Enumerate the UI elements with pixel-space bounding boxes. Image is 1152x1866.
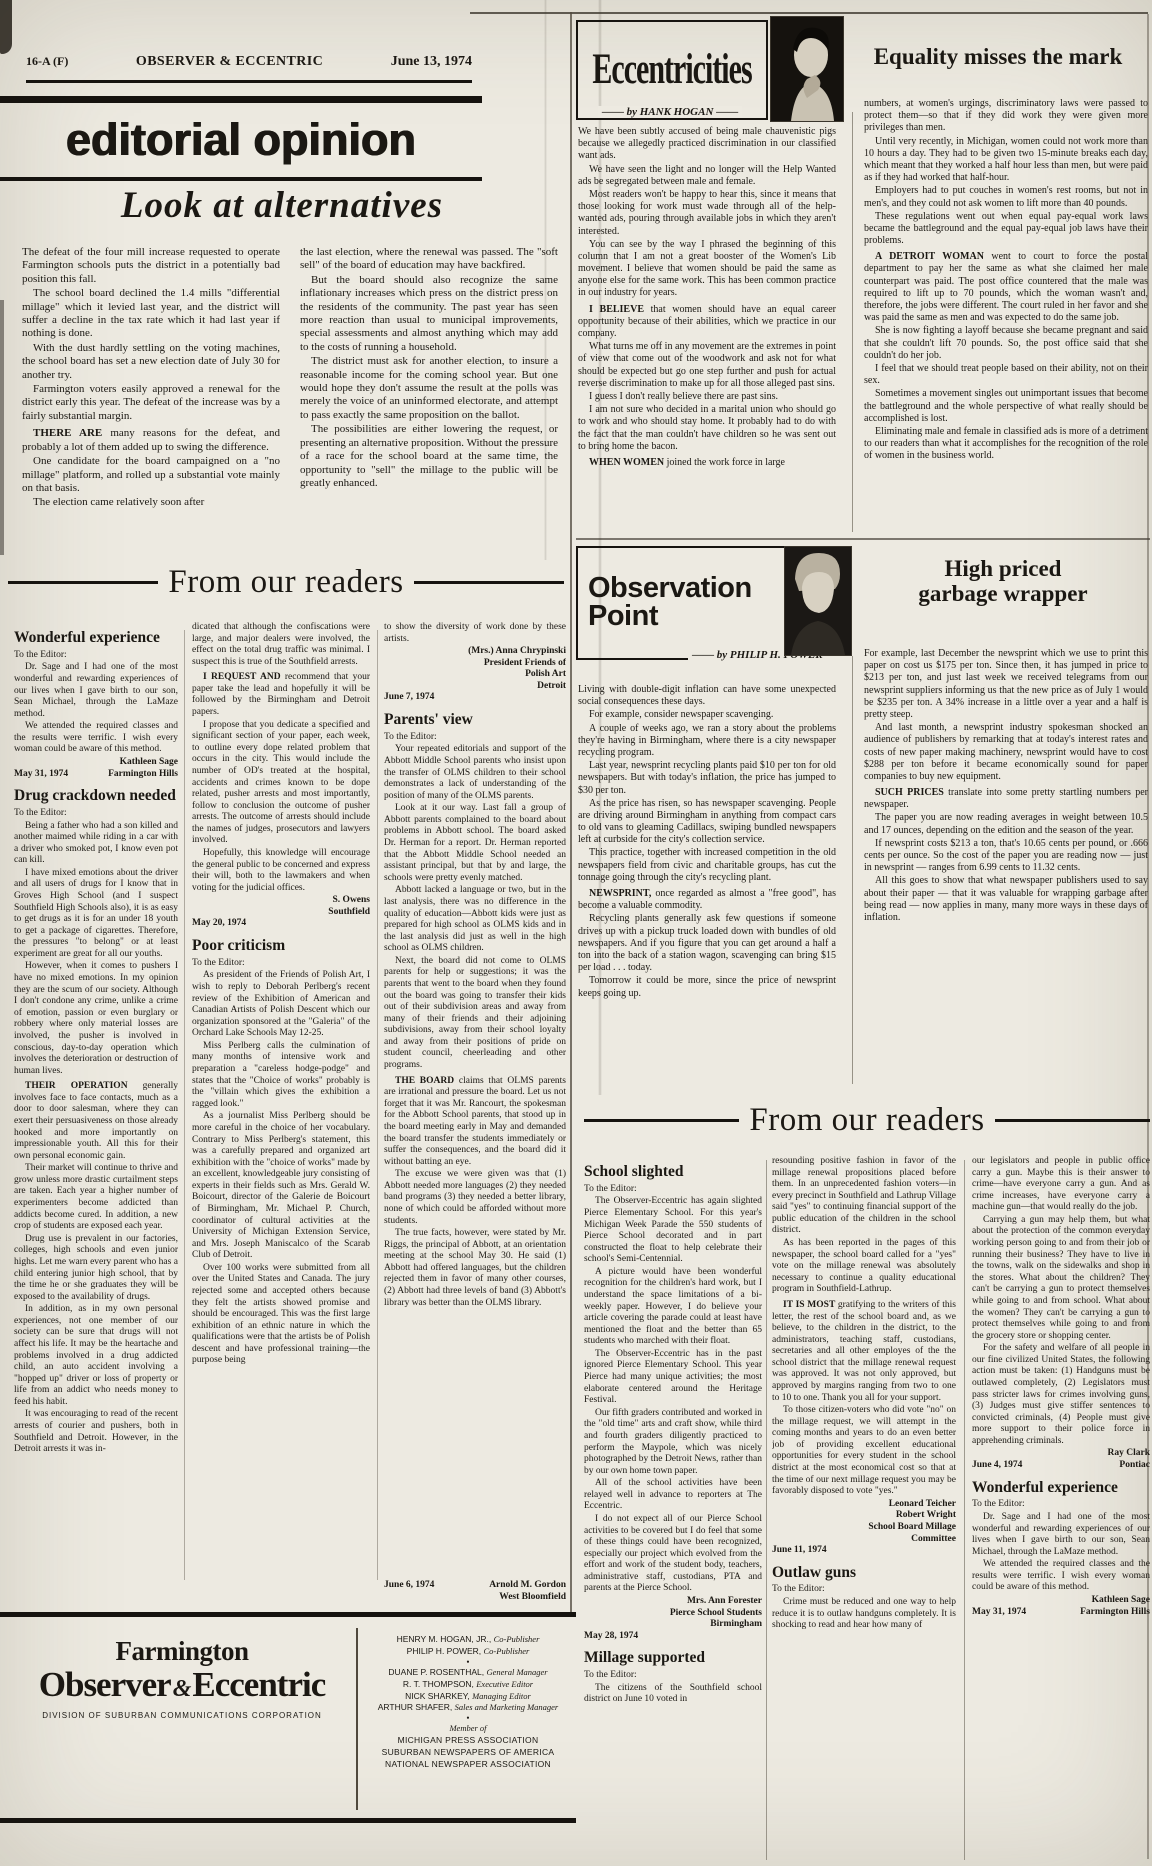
- signature-line: Southfield: [192, 907, 370, 919]
- paragraph-lead: IT IS MOST: [783, 1300, 838, 1310]
- paragraph: As a journalist Miss Perlberg should be …: [192, 1111, 370, 1262]
- scan-edge-artifact: [0, 300, 4, 555]
- paragraph: The school board declined the 1.4 mills …: [22, 287, 280, 341]
- column-rule: [852, 656, 853, 1084]
- paragraph: Drug use is prevalent in our factories, …: [14, 1234, 178, 1303]
- paragraph: To the Editor:: [584, 1670, 762, 1682]
- signature-date: June 4, 1974: [972, 1460, 1022, 1472]
- signature-date: May 31, 1974: [972, 1607, 1026, 1619]
- masthead-bottom-rule: [0, 1818, 576, 1823]
- readers-top-column-2: dicated that although the confiscations …: [192, 622, 370, 1614]
- paragraph: Miss Perlberg calls the culmination of m…: [192, 1041, 370, 1110]
- signature-date: May 28, 1974: [584, 1631, 638, 1643]
- masthead-logo-line1: Farmington: [14, 1636, 350, 1667]
- bullet-separator: •: [366, 1714, 570, 1723]
- signature-date: May 31, 1974: [14, 769, 68, 781]
- signature-date: June 7, 1974: [384, 692, 434, 704]
- staff-line: PHILIP H. POWER, Co-Publisher: [366, 1646, 570, 1658]
- paragraph: What turns me off in any movement are th…: [578, 341, 836, 390]
- letter-heading: Parents' view: [384, 712, 566, 728]
- readers-title-text: From our readers: [168, 564, 403, 601]
- paragraph: A picture would have been wonderful reco…: [584, 1267, 762, 1348]
- masthead-logo-observer: Observer: [39, 1665, 171, 1704]
- signature-line: S. Owens: [192, 895, 370, 907]
- eccentricities-column-1: We have been subtly accused of being mal…: [578, 126, 836, 534]
- readers-section-title: From our readers: [8, 564, 564, 601]
- paragraph: We attended the required classes and the…: [972, 1559, 1150, 1594]
- paragraph: I am not sure who decided in a marital u…: [578, 404, 836, 453]
- eccentricities-logo: Eccentricities: [592, 45, 751, 94]
- paragraph: Recycling plants generally ask few quest…: [578, 913, 836, 974]
- masthead-division-line: DIVISION OF SUBURBAN COMMUNICATIONS CORP…: [14, 1711, 350, 1720]
- signature-line: Pierce School Students: [584, 1608, 762, 1620]
- observation-column-2: For example, last December the newsprint…: [864, 648, 1148, 1090]
- paragraph: Over 100 works were submitted from all o…: [192, 1263, 370, 1367]
- paragraph-lead: SUCH PRICES: [875, 787, 948, 798]
- title-rule: [8, 581, 158, 584]
- readers-bottom-column-1: School slightedTo the Editor:The Observe…: [584, 1156, 762, 1864]
- paragraph: resounding positive fashion in favor of …: [772, 1156, 956, 1237]
- signature-line: Polish Art: [384, 669, 566, 681]
- paragraph: Until very recently, in Michigan, women …: [864, 136, 1148, 185]
- paragraph: Abbott lacked a language or two, but in …: [384, 885, 566, 954]
- paragraph: And last month, a newsprint industry spo…: [864, 722, 1148, 783]
- paragraph: I REQUEST AND recommend that your paper …: [192, 672, 370, 718]
- observation-logo-line2: Point: [588, 603, 752, 631]
- staff-line: HENRY M. HOGAN, JR., Co-Publisher: [366, 1634, 570, 1646]
- eccentricities-headline: Equality misses the mark: [846, 44, 1150, 69]
- paragraph: SUCH PRICES translate into some pretty s…: [864, 787, 1148, 811]
- paragraph: THERE ARE many reasons for the defeat, a…: [22, 427, 280, 454]
- paragraph: However, when it comes to pushers I have…: [14, 961, 178, 1077]
- paragraph-lead: A DETROIT WOMAN: [875, 251, 991, 262]
- eccentricities-column-2: numbers, at women's urgings, discriminat…: [864, 98, 1148, 534]
- readers-bottom-column-2: resounding positive fashion in favor of …: [772, 1156, 956, 1864]
- signature-row: June 6, 1974Arnold M. Gordon: [384, 1580, 566, 1592]
- paragraph: Your repeated editorials and support of …: [384, 744, 566, 802]
- paragraph: Most readers won't be happy to hear this…: [578, 189, 836, 238]
- paragraph-lead: I REQUEST AND: [203, 672, 285, 682]
- signature-row: June 11, 1974: [772, 1545, 956, 1557]
- paragraph: Employers had to put couches in women's …: [864, 185, 1148, 209]
- paragraph-lead: THE BOARD: [395, 1076, 459, 1086]
- paragraph-lead: THEIR OPERATION: [25, 1081, 143, 1091]
- letter-heading: Wonderful experience: [972, 1480, 1150, 1496]
- observation-headline-line2: garbage wrapper: [856, 581, 1150, 606]
- letter-heading: School slighted: [584, 1164, 762, 1180]
- paragraph: Our fifth graders contributed and worked…: [584, 1408, 762, 1477]
- signature-line: School Board Millage: [772, 1522, 956, 1534]
- signature-line: Leonard Teicher: [772, 1499, 956, 1511]
- masthead-top-rule: [0, 1612, 576, 1617]
- paragraph: I feel that we should treat people based…: [864, 363, 1148, 387]
- paragraph: You can see by the way I phrased the beg…: [578, 239, 836, 300]
- paragraph: The true facts, however, were stated by …: [384, 1228, 566, 1309]
- paragraph: For example, last December the newsprint…: [864, 648, 1148, 721]
- observation-logo-line1: Observation: [588, 575, 752, 603]
- paragraph: As the price has risen, so has newspaper…: [578, 798, 836, 847]
- scan-corner-artifact: [0, 0, 12, 54]
- paragraph: The citizens of the Southfield school di…: [584, 1683, 762, 1706]
- signature-line: Committee: [772, 1534, 956, 1546]
- paragraph: We attended the required classes and the…: [14, 721, 178, 756]
- paragraph: All of the school activities have been r…: [584, 1478, 762, 1513]
- paragraph: Carrying a gun may help them, but what a…: [972, 1215, 1150, 1342]
- paragraph: our legislators and people in public off…: [972, 1156, 1150, 1214]
- letter-heading: Poor criticism: [192, 938, 370, 954]
- paragraph: This practice, together with increased c…: [578, 847, 836, 884]
- readers-top-column-1: Wonderful experienceTo the Editor:Dr. Sa…: [14, 622, 178, 1592]
- paragraph: The defeat of the four mill increase req…: [22, 246, 280, 286]
- staff-role: Sales and Marketing Manager: [455, 1702, 559, 1712]
- paragraph: For the safety and welfare of all people…: [972, 1343, 1150, 1447]
- signature-row: May 31, 1974Farmington Hills: [14, 769, 178, 781]
- paragraph: But the board should also recognize the …: [300, 274, 558, 354]
- hank-hogan-photo: [770, 16, 844, 122]
- column-rule: [766, 1160, 767, 1860]
- paragraph: WHEN WOMEN joined the work force in larg…: [578, 457, 836, 469]
- observation-point-logo-box: Observation Point: [576, 546, 792, 660]
- paragraph: Sometimes a movement singles out unimpor…: [864, 388, 1148, 425]
- association-line: NATIONAL NEWSPAPER ASSOCIATION: [366, 1759, 570, 1771]
- staff-role: Managing Editor: [472, 1691, 531, 1701]
- paragraph: NEWSPRINT, once regarded as almost a "fr…: [578, 888, 836, 912]
- signature-name: Farmington Hills: [108, 769, 178, 781]
- paragraph: To the Editor:: [584, 1184, 762, 1196]
- signature-row: June 4, 1974Pontiac: [972, 1460, 1150, 1472]
- paragraph: The Observer-Eccentric has again slighte…: [584, 1196, 762, 1265]
- paragraph: IT IS MOST gratifying to the writers of …: [772, 1300, 956, 1404]
- masthead-logo: Farmington Observer&Eccentric DIVISION O…: [14, 1636, 350, 1720]
- paragraph-lead: I BELIEVE: [589, 304, 651, 315]
- readers-bottom-column-3: our legislators and people in public off…: [972, 1156, 1150, 1864]
- observation-headline: High priced garbage wrapper: [856, 556, 1150, 607]
- staff-role: General Manager: [486, 1667, 547, 1677]
- eccentricities-byline: by HANK HOGAN: [598, 106, 742, 118]
- paragraph: We have seen the light and no longer wil…: [578, 164, 836, 188]
- paragraph: Look at it our way. Last fall a group of…: [384, 803, 566, 884]
- editorial-column-2: the last election, where the renewal was…: [300, 246, 558, 564]
- banner-title: editorial opinion: [66, 114, 416, 166]
- observation-headline-line1: High priced: [856, 556, 1150, 581]
- title-rule: [995, 1119, 1150, 1122]
- masthead-logo-line2: Observer&Eccentric: [14, 1667, 350, 1702]
- column-rule: [184, 630, 185, 1580]
- paragraph: To the Editor:: [14, 808, 178, 820]
- paragraph: I have mixed emotions about the driver a…: [14, 868, 178, 961]
- staff-line: R. T. THOMPSON, Executive Editor: [366, 1679, 570, 1691]
- paragraph: To the Editor:: [384, 732, 566, 744]
- signature-line: (Mrs.) Anna Chrypinski: [384, 646, 566, 658]
- page-header: 16-A (F) OBSERVER & ECCENTRIC June 13, 1…: [26, 54, 472, 83]
- paragraph: Next, the board did not come to OLMS par…: [384, 956, 566, 1072]
- staff-role: Co-Publisher: [484, 1646, 530, 1656]
- staff-role: Co-Publisher: [494, 1634, 540, 1644]
- philip-power-photo: [784, 546, 852, 656]
- paragraph: The possibilities are either lowering th…: [300, 423, 558, 490]
- paragraph: Their market will continue to thrive and…: [14, 1163, 178, 1232]
- paragraph: Dr. Sage and I had one of the most wonde…: [972, 1512, 1150, 1558]
- masthead-divider-rule: [356, 1628, 358, 1810]
- signature-row: June 7, 1974: [384, 692, 566, 704]
- signature-line: Kathleen Sage: [972, 1595, 1150, 1607]
- paragraph: If newsprint costs $213 a ton, that's 10…: [864, 838, 1148, 875]
- paragraph: THEIR OPERATION generally involves face …: [14, 1081, 178, 1162]
- signature-line: Ray Clark: [972, 1448, 1150, 1460]
- paragraph: I propose that you dedicate a specified …: [192, 720, 370, 847]
- signature-line: Robert Wright: [772, 1510, 956, 1522]
- signature-row: May 20, 1974: [192, 918, 370, 930]
- paragraph: Living with double-digit inflation can h…: [578, 684, 836, 708]
- letter-heading: Outlaw guns: [772, 1565, 956, 1581]
- paragraph: THE BOARD claims that OLMS parents are i…: [384, 1076, 566, 1169]
- signature-date: June 6, 1974: [384, 1580, 434, 1592]
- signature-line: Birmingham: [584, 1619, 762, 1631]
- editorial-opinion-banner: editorial opinion: [0, 96, 482, 181]
- column-rule: [852, 112, 853, 532]
- paragraph: We have been subtly accused of being mal…: [578, 126, 836, 163]
- signature-row: May 31, 1974Farmington Hills: [972, 1607, 1150, 1619]
- paragraph: I do not expect all of our Pierce School…: [584, 1514, 762, 1595]
- paragraph: dicated that although the confiscations …: [192, 622, 370, 668]
- paragraph: As president of the Friends of Polish Ar…: [192, 970, 370, 1039]
- section-rule: [576, 538, 1150, 540]
- paragraph: In addition, as in my own personal exper…: [14, 1304, 178, 1408]
- paragraph: to show the diversity of work done by th…: [384, 622, 566, 645]
- title-rule: [584, 1119, 739, 1122]
- newspaper-page: 16-A (F) OBSERVER & ECCENTRIC June 13, 1…: [0, 0, 1152, 1866]
- signature-date: June 11, 1974: [772, 1545, 827, 1557]
- signature-name: Arnold M. Gordon: [489, 1580, 566, 1592]
- paragraph: Crime must be reduced and one way to hel…: [772, 1597, 956, 1632]
- paragraph: Tomorrow it could be more, since the pri…: [578, 975, 836, 999]
- paragraph: A couple of weeks ago, we ran a story ab…: [578, 723, 836, 760]
- association-line: MICHIGAN PRESS ASSOCIATION: [366, 1735, 570, 1747]
- paragraph: The paper you are now reading averages i…: [864, 812, 1148, 836]
- paragraph-lead: THERE ARE: [33, 427, 110, 439]
- paragraph: The district must ask for another electi…: [300, 355, 558, 422]
- observation-column-1: Living with double-digit inflation can h…: [578, 684, 836, 1090]
- readers-title-text: From our readers: [749, 1102, 984, 1139]
- paragraph: The election came relatively soon after: [22, 496, 280, 509]
- paragraph: Dr. Sage and I had one of the most wonde…: [14, 662, 178, 720]
- portrait-illustration: [785, 547, 851, 655]
- paragraph: As has been reported in the pages of thi…: [772, 1238, 956, 1296]
- column-rule: [964, 1160, 965, 1860]
- paragraph: For example, consider newspaper scavengi…: [578, 709, 836, 721]
- column-rule: [377, 630, 378, 1580]
- portrait-illustration: [771, 17, 843, 121]
- signature-line: President Friends of: [384, 658, 566, 670]
- editorial-column-1: The defeat of the four mill increase req…: [22, 246, 280, 564]
- section-divider-rule: [570, 12, 572, 1614]
- staff-role: Executive Editor: [476, 1679, 533, 1689]
- letter-heading: Millage supported: [584, 1650, 762, 1666]
- staff-line: NICK SHARKEY, Managing Editor: [366, 1691, 570, 1703]
- eccentricities-logo-box: Eccentricities: [576, 20, 768, 120]
- signature-line: Kathleen Sage: [14, 757, 178, 769]
- paragraph: All this goes to show that what newspape…: [864, 875, 1148, 924]
- newspaper-name: OBSERVER & ECCENTRIC: [136, 54, 323, 70]
- signature-date: May 20, 1974: [192, 918, 246, 930]
- association-line: SUBURBAN NEWSPAPERS OF AMERICA: [366, 1747, 570, 1759]
- signature-line: West Bloomfield: [384, 1592, 566, 1604]
- letter-heading: Drug crackdown needed: [14, 788, 178, 804]
- paragraph: With the dust hardly settling on the vot…: [22, 342, 280, 382]
- paragraph: The Observer-Eccentric has in the past i…: [584, 1349, 762, 1407]
- issue-date: June 13, 1974: [391, 54, 472, 70]
- paragraph: Being a father who had a son killed and …: [14, 821, 178, 867]
- paragraph: Last year, newsprint recycling plants pa…: [578, 760, 836, 797]
- title-rule: [414, 581, 564, 584]
- editorial-headline: Look at alternatives: [6, 184, 558, 227]
- paragraph: A DETROIT WOMAN went to court to force t…: [864, 251, 1148, 324]
- paragraph: She is now fighting a layoff because she…: [864, 325, 1148, 362]
- paragraph: the last election, where the renewal was…: [300, 246, 558, 273]
- readers-top-column-3: to show the diversity of work done by th…: [384, 622, 566, 1578]
- paragraph-lead: WHEN WOMEN: [589, 457, 667, 468]
- signature-line: Mrs. Ann Forester: [584, 1596, 762, 1608]
- paragraph: Hopefully, this knowledge will encourage…: [192, 848, 370, 894]
- paragraph: To the Editor:: [972, 1499, 1150, 1511]
- letter-heading: Wonderful experience: [14, 630, 178, 646]
- masthead-staff-list: HENRY M. HOGAN, JR., Co-PublisherPHILIP …: [366, 1634, 570, 1771]
- paragraph: It was encouraging to read of the recent…: [14, 1409, 178, 1455]
- masthead-ampersand: &: [171, 1676, 193, 1702]
- paragraph-lead: NEWSPRINT,: [589, 888, 655, 899]
- gordon-signature: June 6, 1974Arnold M. GordonWest Bloomfi…: [384, 1580, 566, 1612]
- signature-name: Pontiac: [1119, 1460, 1150, 1472]
- masthead-logo-eccentric: Eccentric: [192, 1665, 325, 1704]
- paragraph: To those citizen-voters who did vote "no…: [772, 1405, 956, 1498]
- member-of-label: Member of: [366, 1723, 570, 1735]
- paragraph: To the Editor:: [14, 650, 178, 662]
- paragraph: To the Editor:: [772, 1584, 956, 1596]
- paragraph: To the Editor:: [192, 958, 370, 970]
- paragraph: I guess I don't really believe there are…: [578, 391, 836, 403]
- paragraph: The excuse we were given was that (1) Ab…: [384, 1169, 566, 1227]
- staff-line: DUANE P. ROSENTHAL, General Manager: [366, 1667, 570, 1679]
- paragraph: Eliminating male and female in classifie…: [864, 426, 1148, 463]
- bullet-separator: •: [366, 1658, 570, 1667]
- paragraph: numbers, at women's urgings, discriminat…: [864, 98, 1148, 135]
- page-number: 16-A (F): [26, 54, 68, 69]
- signature-line: Detroit: [384, 681, 566, 693]
- paragraph: These regulations went out when equal pa…: [864, 211, 1148, 248]
- signature-row: May 28, 1974: [584, 1631, 762, 1643]
- signature-name: Farmington Hills: [1080, 1607, 1150, 1619]
- paragraph: One candidate for the board campaigned o…: [22, 455, 280, 495]
- readers-section-title-bottom: From our readers: [584, 1102, 1150, 1139]
- paragraph: I BELIEVE that women should have an equa…: [578, 304, 836, 341]
- paragraph: Farmington voters easily approved a rene…: [22, 383, 280, 423]
